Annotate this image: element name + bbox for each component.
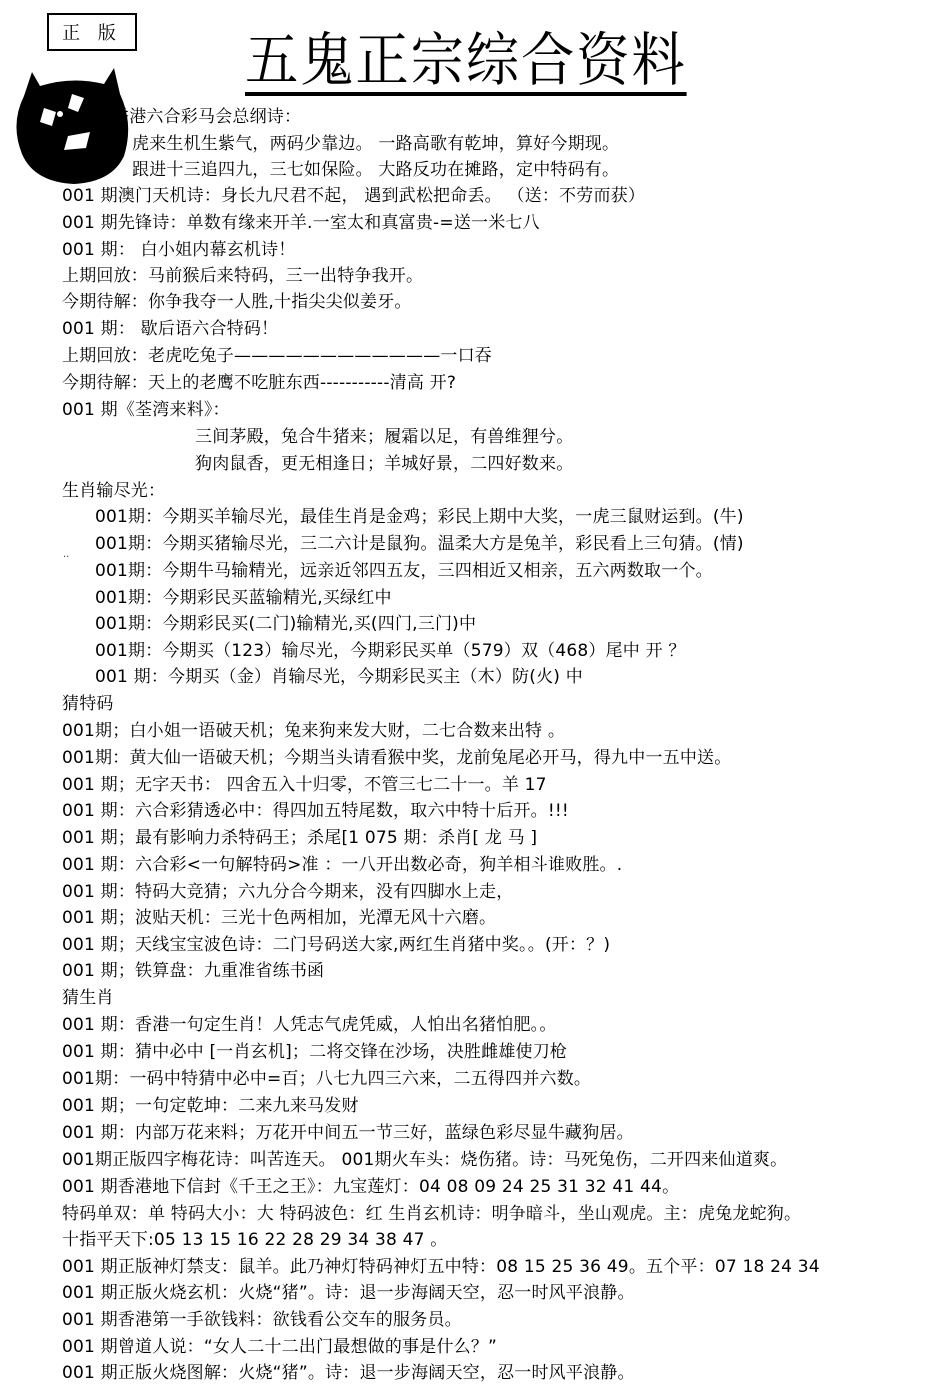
text-line: 001 期；铁算盘：九重准省练书函 (62, 960, 324, 982)
text-line: 001 期正版火烧玄机：火烧“猪”。诗：退一步海阔天空，忍一时风平浪静。 (62, 1282, 635, 1304)
text-line: 特码单双：单 特码大小：大 特码波色：红 生肖玄机诗：明争暗斗，坐山观虎。主：虎… (62, 1203, 801, 1225)
text-line: 001 期：六合彩猜透必中：得四加五特尾数，取六中特十后开。!!! (62, 800, 569, 822)
text-line: 猜生肖 (62, 987, 114, 1009)
text-line: 001 期：猜中必中 [一肖玄机]；二将交锋在沙场，决胜雌雄使刀枪 (62, 1041, 567, 1063)
text-line: 001 期先锋诗：单数有缘来开羊.一室太和真富贵-=送一米七八 (62, 212, 540, 234)
text-line: 上期回放：老虎吃兔子————————————一口吞 (62, 345, 492, 367)
text-line: 001 期：香港一句定生肖！人凭志气虎凭威，人怕出名猪怕肥。。 (62, 1014, 557, 1036)
text-line: 001 期：六合彩<一句解特码>准 ：一八开出数必奇，狗羊相斗谁败胜。. (62, 854, 622, 876)
text-line: 001 期；波贴天机：三光十色两相加，光潭无风十六磨。 (62, 907, 496, 929)
text-line: 001 期香港地下信封《千王之王》：九宝莲灯：04 08 09 24 25 31… (62, 1176, 679, 1198)
text-line: 001期；白小姐一语破天机；兔来狗来发大财，二七合数来出特 。 (62, 720, 565, 742)
text-line: 001期：今期彩民买(二门)输精光,买(四门,三门)中 (95, 613, 476, 635)
stray-mark: ·· (63, 552, 69, 563)
text-line: 今期待解：天上的老鹰不吃脏东西-----------清高 开? (62, 372, 456, 394)
text-line: 001 期曾道人说：“女人二十二出门最想做的事是什么？” (62, 1336, 497, 1358)
text-line: 001 期；天线宝宝波色诗：二门号码送大家,两红生肖猪中奖。。(开：？) (62, 934, 610, 956)
text-line: 生肖输尽光： (62, 480, 165, 502)
text-line: 001期正版四字梅花诗：叫苦连天。 001期火车头：烧伤猪。诗：马死兔伤，二开四… (62, 1149, 787, 1171)
text-line: 001 期： 白小姐内幕玄机诗！ (62, 239, 295, 261)
text-line: 001 期《荃湾来料》： (62, 399, 230, 421)
text-line: 001 期；最有影响力杀特码王；杀尾[1 075 期：杀肖[ 龙 马 ] (62, 827, 537, 849)
text-line: 001 期澳门天机诗：身长九尺君不起， 遇到武松把命丢。 （送：不劳而获） (62, 185, 645, 207)
text-line: 虎来生机生紫气，两码少靠边。 一路高歌有乾坤，算好今期现。 (132, 133, 619, 155)
text-line: 001 期；一句定乾坤：二来九来马发财 (62, 1095, 359, 1117)
text-line: 三间茅殿，兔合牛猪来；履霜以足，有兽维狸兮。 (195, 426, 573, 448)
text-line: 上期回放：马前猴后来特码，三一出特争我开。 (62, 265, 423, 287)
text-line: 十指平天下:05 13 15 16 22 28 29 34 38 47 。 (62, 1229, 447, 1251)
text-line: 跟进十三追四九，三七如保险。 大路反功在摊路，定中特码有。 (132, 159, 619, 181)
text-line: 猜特码 (62, 693, 114, 715)
text-line: 001 期香港第一手欲钱料：欲钱看公交车的服务员。 (62, 1309, 462, 1331)
text-line: 001 期：特码大竞猜；六九分合今期来，没有四脚水上走， (62, 881, 513, 903)
text-line: 狗肉鼠香，更无相逢日；羊城好景，二四好数来。 (195, 453, 573, 475)
text-line: 001 期正版火烧图解：火烧“猪”。诗：退一步海阔天空，忍一时风平浪静。 (62, 1362, 635, 1384)
text-line: 001期：黄大仙一语破天机；今期当头请看猴中奖，龙前兔尾必开马，得九中一五中送。 (62, 747, 731, 769)
text-line: 001 期：今期买（金）肖输尽光，今期彩民买主（木）防(火) 中 (95, 666, 583, 688)
text-line: 001期：一码中特猜中必中=百；八七九四三六来，二五得四并六数。 (62, 1068, 591, 1090)
text-line: 001 期：内部万花来料；万花开中间五一节三好，蓝绿色彩尽显牛藏狗居。 (62, 1122, 634, 1144)
text-line: 001期：今期牛马输精光，远亲近邻四五友，三四相近又相亲，五六两数取一个。 (95, 560, 713, 582)
text-line: 001 期；无字天书： 四舍五入十归零，不管三七二十一。羊 17 (62, 774, 547, 796)
text-line: 001期：今期买（123）输尽光，今期彩民买单（579）双（468）尾中 开 ？ (95, 640, 686, 662)
text-line: 001期：今期买猪输尽光，三二六计是鼠狗。温柔大方是兔羊，彩民看上三句猜。(情) (95, 533, 744, 555)
text-line: 001期：今期彩民买蓝输精光,买绿红中 (95, 587, 392, 609)
text-line: 今期待解：你争我夺一人胜,十指尖尖似姜牙。 (62, 291, 412, 313)
text-line: 001 期正版神灯禁支：鼠羊。此乃神灯特码神灯五中特：08 15 25 36 4… (62, 1256, 820, 1278)
text-line: 香港六合彩马会总纲诗： (112, 106, 301, 128)
authentic-badge: 正 版 (47, 13, 137, 51)
text-line: 001 期： 歇后语六合特码！ (62, 318, 278, 340)
page-title: 五鬼正宗综合资料 (245, 28, 687, 96)
text-line: 001期：今期买羊输尽光，最佳生肖是金鸡；彩民上期中大奖，一虎三鼠财运到。(牛) (95, 506, 744, 528)
